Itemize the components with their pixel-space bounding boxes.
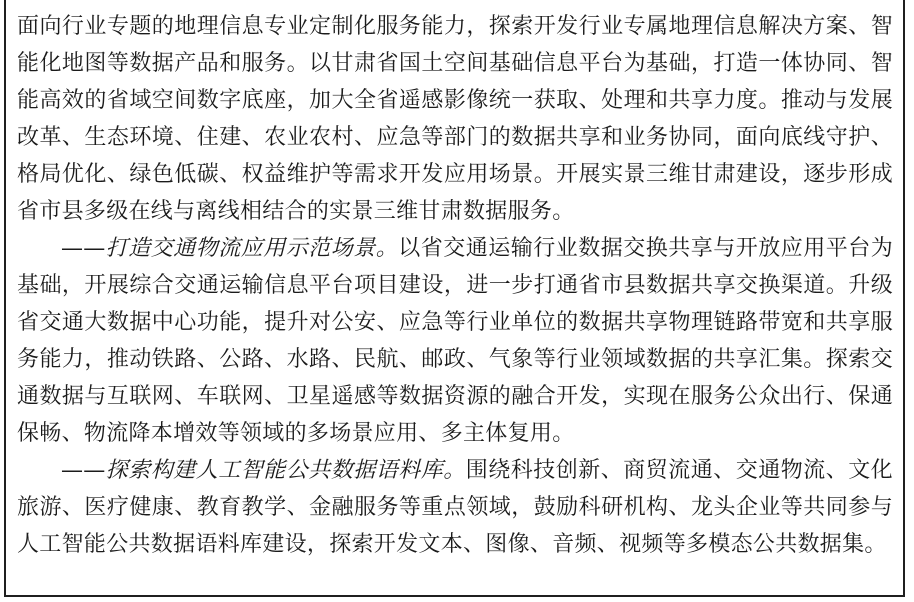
em-dash-lead: —— bbox=[61, 236, 106, 261]
paragraph-heading: 打造交通物流应用示范场景。 bbox=[106, 236, 399, 261]
paragraph-body-text: 面向行业专题的地理信息专业定制化服务能力，探索开发行业专属地理信息解决方案、智能… bbox=[17, 14, 893, 224]
document-text-block: 面向行业专题的地理信息专业定制化服务能力，探索开发行业专属地理信息解决方案、智能… bbox=[6, 0, 903, 563]
paragraph-ai-corpus: ——探索构建人工智能公共数据语料库。围绕科技创新、商贸流通、交通物流、文化旅游、… bbox=[17, 452, 893, 563]
em-dash-lead: —— bbox=[61, 458, 106, 483]
paragraph-heading: 探索构建人工智能公共数据语料库。 bbox=[106, 458, 466, 483]
paragraph-body-text: 以省交通运输行业数据交换共享与开放应用平台为基础，开展综合交通运输信息平台项目建… bbox=[17, 236, 893, 446]
paragraph-continuation: 面向行业专题的地理信息专业定制化服务能力，探索开发行业专属地理信息解决方案、智能… bbox=[17, 8, 893, 230]
document-page-frame: 面向行业专题的地理信息专业定制化服务能力，探索开发行业专属地理信息解决方案、智能… bbox=[4, 0, 905, 597]
paragraph-transport-logistics: ——打造交通物流应用示范场景。以省交通运输行业数据交换共享与开放应用平台为基础，… bbox=[17, 230, 893, 452]
